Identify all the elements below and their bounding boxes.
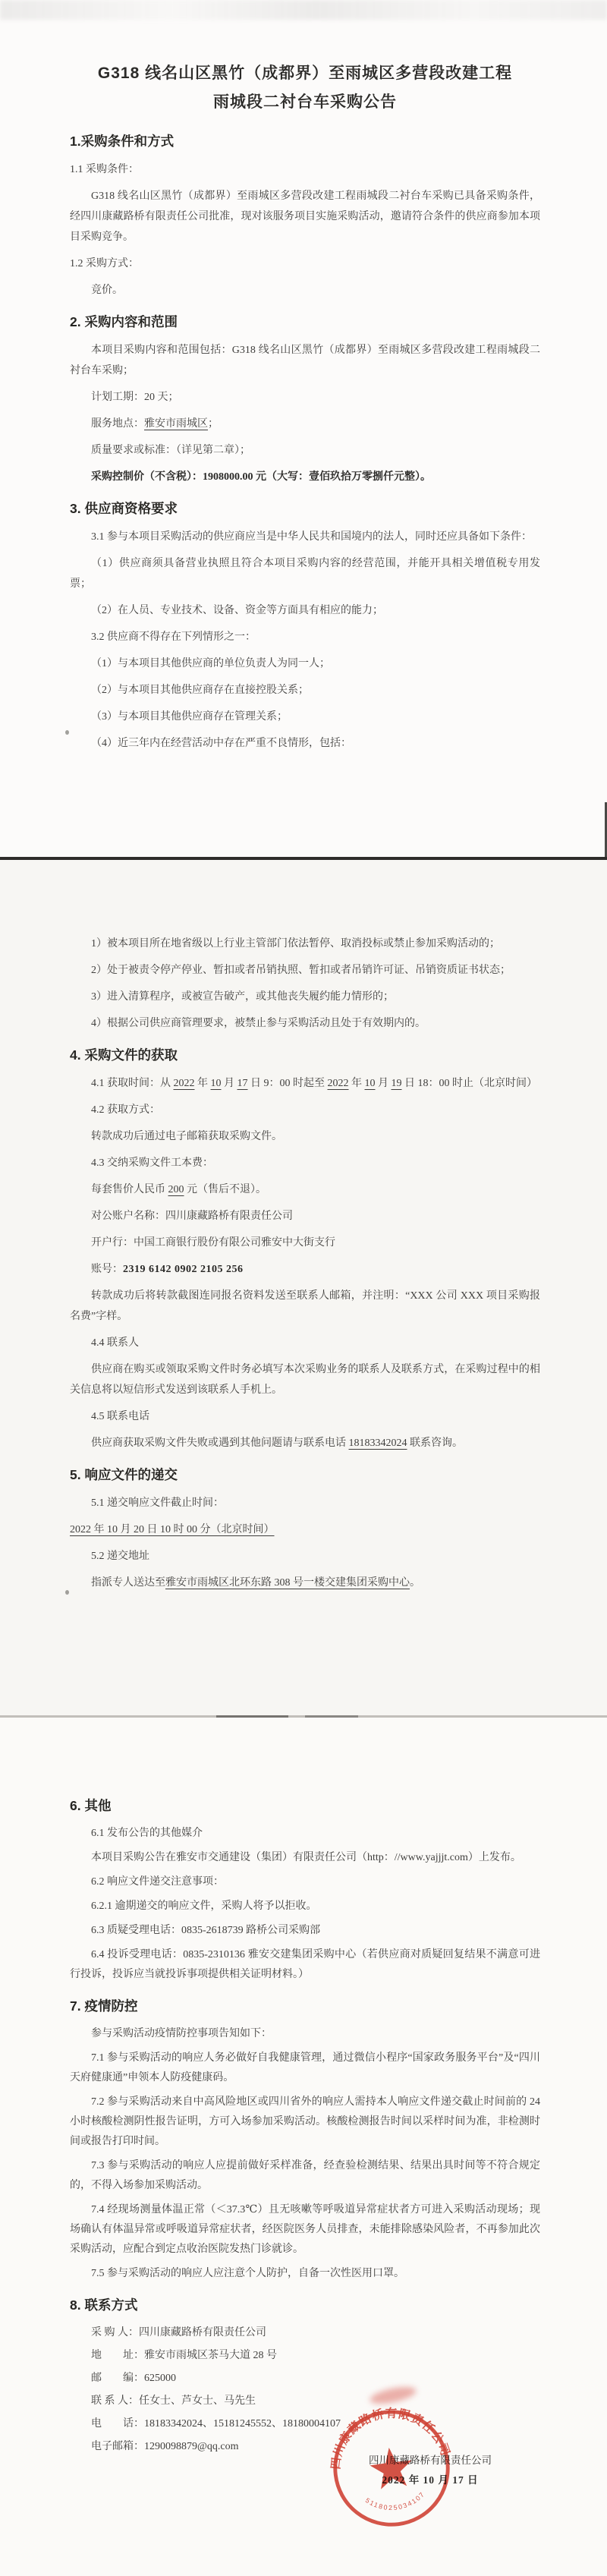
clause-4-4-label: 4.4 联系人 — [70, 1333, 540, 1353]
clause-1-1-label: 1.1 采购条件： — [70, 159, 540, 180]
delivery-address-text: 指派专人送达至雅安市雨城区北环东路 308 号一楼交建集团采购中心。 — [70, 1573, 540, 1593]
postcode-text: 邮 编：625000 — [70, 2369, 540, 2389]
service-location-label: 服务地点： — [91, 418, 144, 430]
purchaser-address-text: 地 址：雅安市雨城区茶马大道 28 号 — [70, 2346, 540, 2366]
transfer-note-text: 转款成功后将转款截图连同报名资料发送至联系人邮箱，并注明：“XXX 公司 XXX… — [70, 1286, 540, 1327]
page-title: G318 线名山区黑竹（成都界）至雨城区多营段改建工程 — [70, 59, 540, 88]
clause-5-2-label: 5.2 递交地址 — [70, 1546, 540, 1567]
list-item: （3）与本项目其他供应商存在管理关系； — [70, 707, 540, 727]
contact-block: 采 购 人：四川康藏路桥有限责任公司 地 址：雅安市雨城区茶马大道 28 号 邮… — [70, 2323, 540, 2457]
scan-speck — [65, 730, 69, 735]
underlined-year: 2022 — [174, 1078, 195, 1089]
clause-3-1-text: 3.1 参与本项目采购活动的供应商应当是中华人民共和国境内的法人，同时还应具备如… — [70, 527, 540, 547]
scope-text: 本项目采购内容和范围包括：G318 线名山区黑竹（成都界）至雨城区多营段改建工程… — [70, 340, 540, 381]
clause-7-1-text: 7.1 参与采购活动的响应人务必做好自我健康管理，通过微信小程序“国家政务服务平… — [70, 2049, 540, 2088]
underlined-day: 19 — [392, 1078, 402, 1089]
text-run: 日 9：00 时起至 — [248, 1078, 328, 1089]
section-6-heading: 6. 其他 — [70, 1795, 540, 1816]
text-run: 4.1 获取时间：从 — [91, 1078, 174, 1089]
text-run: 月 — [222, 1078, 237, 1089]
svg-text:5118025034107: 5118025034107 — [363, 2489, 428, 2515]
page-3: 6. 其他 6.1 发布公告的其他媒介 本项目采购公告在雅安市交通建设（集团）有… — [0, 1718, 607, 2576]
underlined-day: 17 — [237, 1078, 248, 1089]
section-4-heading: 4. 采购文件的获取 — [70, 1044, 540, 1066]
clause-7-intro-text: 参与采购活动疫情防控事项告知如下： — [70, 2024, 540, 2044]
section-7-heading: 7. 疫情防控 — [70, 1995, 540, 2017]
account-number-label: 账号： — [91, 1264, 123, 1275]
section-1-heading: 1.采购条件和方式 — [70, 131, 540, 152]
page-1: G318 线名山区黑竹（成都界）至雨城区多营段改建工程 雨城段二衬台车采购公告 … — [0, 0, 607, 857]
clause-5-1-label: 5.1 递交响应文件截止时间： — [70, 1493, 540, 1513]
fee-amount: 200 — [168, 1184, 184, 1195]
list-item: 3）进入清算程序，或被宣告破产，或其他丧失履约能力情形的； — [70, 987, 540, 1007]
section-8-heading: 8. 联系方式 — [70, 2294, 540, 2316]
control-price-text: 采购控制价（不含税）：1908000.00 元（大写：壹佰玖拾万零捌仟元整）。 — [70, 467, 540, 487]
clause-7-3-text: 7.3 参与采购活动的响应人应提前做好采样准备，经查验检测结果、结果出具时间等不… — [70, 2156, 540, 2196]
bank-text: 开户行：中国工商银行股份有限公司雅安中大街支行 — [70, 1233, 540, 1253]
quality-text: 质量要求或标准：（详见第二章）； — [70, 440, 540, 461]
clause-6-3-text: 6.3 质疑受理电话：0835-2618739 路桥公司采购部 — [70, 1921, 540, 1941]
service-location-tail: ； — [208, 418, 219, 430]
text-run: 月 — [376, 1078, 392, 1089]
service-location-text: 服务地点：雅安市雨城区； — [70, 414, 540, 434]
seal-number-text: 5118025034107 — [363, 2489, 428, 2515]
page-title-line2: 雨城段二衬台车采购公告 — [70, 88, 540, 117]
section-5-heading: 5. 响应文件的递交 — [70, 1464, 540, 1485]
list-item: 2）处于被责令停产停业、暂扣或者吊销执照、暂扣或者吊销许可证、吊销资质证书状态； — [70, 960, 540, 981]
clause-1-1-text: G318 线名山区黑竹（成都界）至雨城区多营段改建工程雨城段二衬台车采购已具备采… — [70, 186, 540, 247]
clause-4-2-label: 4.2 获取方式： — [70, 1100, 540, 1120]
text-run: 每套售价人民币 — [91, 1184, 168, 1195]
list-item: 4）根据公司供应商管理要求，被禁止参与采购活动且处于有效期内的。 — [70, 1013, 540, 1034]
list-item: （1）供应商须具备营业执照且符合本项目采购内容的经营范围，并能开具相关增值税专用… — [70, 553, 540, 594]
underlined-month: 10 — [365, 1078, 376, 1089]
scanned-procurement-announcement: G318 线名山区黑竹（成都界）至雨城区多营段改建工程 雨城段二衬台车采购公告 … — [0, 0, 607, 2576]
text-run: 指派专人送达至 — [91, 1577, 165, 1589]
clause-7-4-text: 7.4 经现场测量体温正常（＜37.3℃）且无咳嗽等呼吸道异常症状者方可进入采购… — [70, 2200, 540, 2260]
list-item: 1）被本项目所在地省级以上行业主管部门依法暂停、取消投标或禁止参加采购活动的； — [70, 934, 540, 954]
text-run: 日 18：00 时止（北京时间） — [402, 1078, 538, 1089]
service-location-value: 雅安市雨城区 — [144, 418, 208, 430]
text-run: 供应商获取采购文件失败或遇到其他问题请与联系电话 — [91, 1438, 349, 1449]
list-item: （2）与本项目其他供应商存在直接控股关系； — [70, 680, 540, 701]
clause-4-5-text: 供应商获取采购文件失败或遇到其他问题请与联系电话 18183342024 联系咨… — [70, 1433, 540, 1453]
clause-6-4-text: 6.4 投诉受理电话：0835-2310136 雅安交建集团采购中心（若供应商对… — [70, 1945, 540, 1985]
purchaser-text: 采 购 人：四川康藏路桥有限责任公司 — [70, 2323, 540, 2343]
seal-star-icon — [368, 2445, 415, 2489]
clause-4-3-label: 4.3 交纳采购文件工本费： — [70, 1153, 540, 1173]
text-run: 。 — [410, 1577, 420, 1589]
clause-1-2-text: 竞价。 — [70, 280, 540, 301]
duration-text: 计划工期：20 天； — [70, 387, 540, 408]
clause-6-1-text: 本项目采购公告在雅安市交通建设（集团）有限责任公司（http：//www.yaj… — [70, 1848, 540, 1868]
scan-speck — [65, 1590, 69, 1595]
account-number-value: 2319 6142 0902 2105 256 — [123, 1264, 244, 1275]
contact-persons-text: 联 系 人：任女士、芦女士、马先生 — [70, 2392, 540, 2411]
clause-4-5-label: 4.5 联系电话 — [70, 1406, 540, 1427]
scan-smudge — [0, 0, 607, 20]
contact-phone: 18183342024 — [349, 1438, 407, 1449]
company-seal-icon: 四川康藏路桥有限责任公司 5118025034107 — [319, 2398, 464, 2539]
clause-6-2-label: 6.2 响应文件递交注意事项： — [70, 1872, 540, 1892]
clause-4-1-text: 4.1 获取时间：从 2022 年 10 月 17 日 9：00 时起至 202… — [70, 1073, 540, 1094]
clause-1-2-label: 1.2 采购方式： — [70, 254, 540, 274]
delivery-address-value: 雅安市雨城区北环东路 308 号一楼交建集团采购中心 — [165, 1577, 410, 1589]
text-run: 元（售后不退）。 — [184, 1184, 267, 1195]
underlined-year: 2022 — [328, 1078, 349, 1089]
contact-phones-text: 电 话：18183342024、15181245552、18180004107 — [70, 2414, 540, 2434]
deadline-text: 2022 年 10 月 20 日 10 时 00 分（北京时间） — [70, 1519, 540, 1540]
text-run: 年 — [195, 1078, 211, 1089]
clause-7-2-text: 7.2 参与采购活动来自中高风险地区或四川省外的响应人需持本人响应文件递交截止时… — [70, 2093, 540, 2152]
fee-text: 每套售价人民币 200 元（售后不退）。 — [70, 1179, 540, 1200]
section-2-heading: 2. 采购内容和范围 — [70, 311, 540, 332]
list-item: （1）与本项目其他供应商的单位负责人为同一人； — [70, 653, 540, 674]
clause-6-2-1-text: 6.2.1 逾期递交的响应文件，采购人将予以拒收。 — [70, 1897, 540, 1916]
account-name-text: 对公账户名称：四川康藏路桥有限责任公司 — [70, 1206, 540, 1227]
clause-3-2-text: 3.2 供应商不得存在下列情形之一： — [70, 627, 540, 647]
clause-7-5-text: 7.5 参与采购活动的响应人应注意个人防护，自备一次性医用口罩。 — [70, 2264, 540, 2284]
text-run: 年 — [349, 1078, 365, 1089]
underlined-month: 10 — [211, 1078, 222, 1089]
text-run: 联系咨询。 — [407, 1438, 464, 1449]
list-item: （4）近三年内在经营活动中存在严重不良情形，包括： — [70, 733, 540, 754]
clause-4-2-text: 转款成功后通过电子邮箱获取采购文件。 — [70, 1126, 540, 1147]
clause-6-1-label: 6.1 发布公告的其他媒介 — [70, 1824, 540, 1844]
deadline-value: 2022 年 10 月 20 日 10 时 00 分（北京时间） — [70, 1524, 275, 1535]
section-3-heading: 3. 供应商资格要求 — [70, 498, 540, 519]
clause-4-4-text: 供应商在购买或领取采购文件时务必填写本次采购业务的联系人及联系方式，在采购过程中… — [70, 1359, 540, 1400]
page-2: 1）被本项目所在地省级以上行业主管部门依法暂停、取消投标或禁止参加采购活动的； … — [0, 860, 607, 1715]
list-item: （2）在人员、专业技术、设备、资金等方面具有相应的能力； — [70, 600, 540, 621]
account-number-text: 账号：2319 6142 0902 2105 256 — [70, 1259, 540, 1280]
